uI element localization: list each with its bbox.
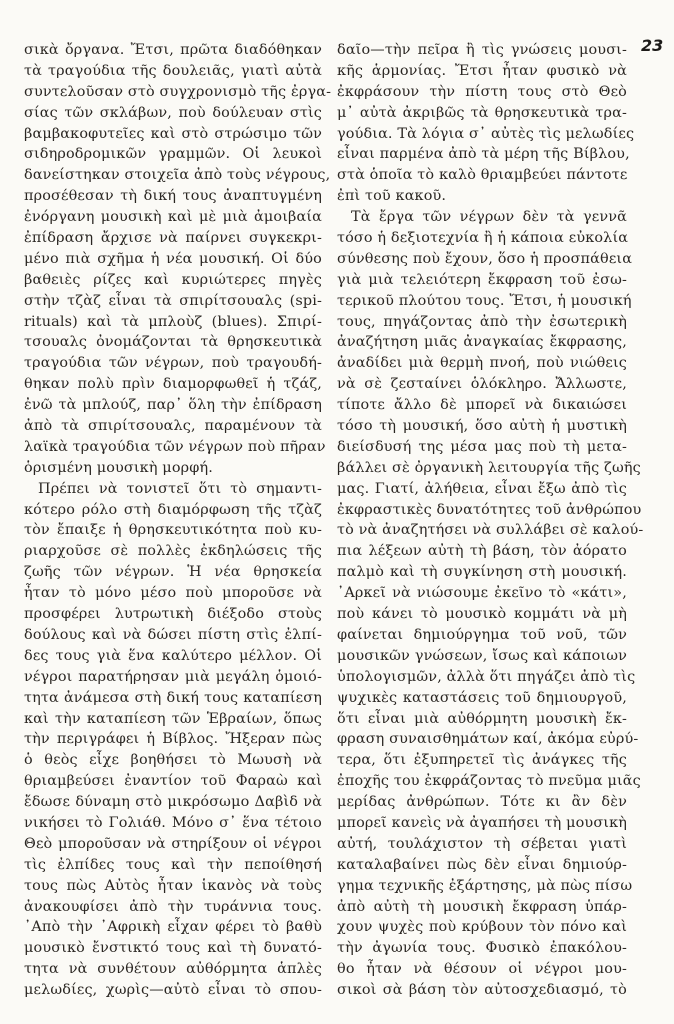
- text-line: μουσικὸ ἔνστικτό τους καὶ τὴ δυνατό-: [24, 938, 322, 959]
- text-line: σικὰ ὄργανα. Ἔτσι, πρῶτα διαδόθηκαν: [24, 40, 322, 61]
- text-line: ὁρισμένη μουσικὴ μορφή.: [24, 458, 322, 479]
- text-line: γημα τεχνικῆς ἐξάρτησης, μὰ πὼς πίσω: [337, 876, 627, 897]
- text-line: τὴν περιγράφει ἡ Βίβλος. Ἤξεραν πὼς: [24, 729, 322, 750]
- text-line: γούδια. Τὰ λόγια σ᾿ αὐτὲς τὶς μελωδίες: [337, 124, 627, 145]
- text-line: νὰ σὲ ζεσταίνει ὁλόκληρο. Ἄλλωστε,: [337, 374, 627, 395]
- text-line: τητα νὰ συνθέτουν αὐθόρμητα ἁπλὲς: [24, 959, 322, 980]
- text-line: στὰ ὁποῖα τὸ καλὸ θριαμβεύει πάντοτε: [337, 165, 627, 186]
- left-text-column: σικὰ ὄργανα. Ἔτσι, πρῶτα διαδόθηκαντὰ τρ…: [24, 40, 322, 1001]
- text-line: εἶναι παρμένα ἀπὸ τὰ μέρη τῆς Βίβλου,: [337, 144, 627, 165]
- text-line: γιὰ μιὰ τελειότερη ἔκφραση τοῦ ἐσω-: [337, 270, 627, 291]
- text-line: θο ἦταν νὰ θέσουν οἱ νέγροι μου-: [337, 959, 627, 980]
- text-line: τὴν ἀγωνία τους. Φυσικὸ ἐπακόλου-: [337, 938, 627, 959]
- text-line: Τὰ ἔργα τῶν νέγρων δὲν τὰ γεννᾶ: [337, 207, 627, 228]
- text-line: δαῖο—τὴν πεῖρα ἢ τὶς γνώσεις μουσι-: [337, 40, 627, 61]
- text-line: τίποτε ἄλλο δὲ μπορεῖ νὰ δικαιώσει: [337, 395, 627, 416]
- text-line: πια λέξεων αὐτὴ τὴ βάση, τὸν ἀόρατο: [337, 541, 627, 562]
- text-line: ἐνόργανη μουσικὴ καὶ μὲ μιὰ ἀμοιβαία: [24, 207, 322, 228]
- text-line: ἀπὸ τὰ σπιρίτσουαλς, παραμένουν τὰ: [24, 416, 322, 437]
- text-line: σίας τῶν σκλάβων, ποὺ δούλευαν στὶς: [24, 103, 322, 124]
- text-line: τόσο ἡ δεξιοτεχνία ἢ ἡ κάποια εὐκολία: [337, 228, 627, 249]
- text-line: τὸ νὰ ἀναζητήσει νὰ συλλάβει σὲ καλού-: [337, 520, 627, 541]
- page-number: 23: [641, 36, 663, 55]
- text-line: τσουαλς ὀνομάζονται τὰ θρησκευτικὰ: [24, 332, 322, 353]
- text-line: τὸν ἔπαιξε ἡ θρησκευτικότητα ποὺ κυ-: [24, 520, 322, 541]
- text-line: ἀπὸ αὐτὴ τὴ μουσικὴ ἔκφραση ὑπάρ-: [337, 897, 627, 918]
- text-line: μένο πιὰ σχῆμα ἡ νέα μουσική. Οἱ δύο: [24, 249, 322, 270]
- text-line: καταλαβαίνει πὼς δὲν εἶναι δημιούρ-: [337, 855, 627, 876]
- text-line: ἀναδίδει μιὰ θερμὴ πνοή, ποὺ νιώθεις: [337, 353, 627, 374]
- text-line: θριαμβεύσει ἐναντίον τοῦ Φαραὼ καὶ: [24, 771, 322, 792]
- text-line: ᾿Απὸ τὴν ᾿Αφρικὴ εἶχαν φέρει τὸ βαθὺ: [24, 917, 322, 938]
- text-line: μουσικῶν γνώσεων, ἴσως καὶ κάποιων: [337, 646, 627, 667]
- text-line: σικοὶ σὰ βάση τὸν αὐτοσχεδιασμό, τὸ: [337, 980, 627, 1001]
- text-line: ὑπολογισμῶν, ἀλλὰ ὅτι πηγάζει ἀπὸ τὶς: [337, 667, 627, 688]
- text-line: δες τους γιὰ ἕνα καλύτερο μέλλον. Οἱ: [24, 646, 322, 667]
- text-line: rituals) καὶ τὰ μπλοὺζ (blues). Σπιρί-: [24, 312, 322, 333]
- text-line: ἀνακουφίσει ἀπὸ τὴν τυράννια τους.: [24, 897, 322, 918]
- text-line: ἐκφραστικὲς δυνατότητες τοῦ ἀνθρώπου: [337, 500, 627, 521]
- text-line: διείσδυσή της μέσα μας ποὺ τὴ μετα-: [337, 437, 627, 458]
- text-line: μ᾿ αὐτὰ ἀκριβῶς τὰ θρησκευτικὰ τρα-: [337, 103, 627, 124]
- book-page: 23 σικὰ ὄργανα. Ἔτσι, πρῶτα διαδόθηκαντὰ…: [0, 0, 674, 1024]
- text-line: ἐνῶ τὰ μπλούζ, παρ᾿ ὅλη τὴν ἐπίδραση: [24, 395, 322, 416]
- text-line: τητα ἀνάμεσα στὴ δική τους καταπίεση: [24, 688, 322, 709]
- text-line: ἔδωσε δύναμη στὸ μικρόσωμο Δαβὶδ νὰ: [24, 792, 322, 813]
- text-line: σιδηροδρομικῶν γραμμῶν. Οἱ λευκοὶ: [24, 144, 322, 165]
- text-line: ἐπὶ τοῦ κακοῦ.: [337, 186, 627, 207]
- text-line: ᾿Αρκεῖ νὰ νιώσουμε ἐκεῖνο τὸ «κάτι»,: [337, 583, 627, 604]
- text-line: κότερο ρόλο στὴ διαμόρφωση τῆς τζὰζ: [24, 500, 322, 521]
- text-line: τραγούδια τῶν νέγρων, ποὺ τραγουδή-: [24, 353, 322, 374]
- text-line: λαϊκὰ τραγούδια τῶν νέγρων ποὺ πῆραν: [24, 437, 322, 458]
- text-line: ὅτι εἶναι μιὰ αὐθόρμητη μουσικὴ ἔκ-: [337, 709, 627, 730]
- text-line: βάλλει σὲ ὀργανικὴ λειτουργία τῆς ζωῆς: [337, 458, 627, 479]
- text-line: τους πὼς Αὐτὸς ἦταν ἱκανὸς νὰ τοὺς: [24, 876, 322, 897]
- text-line: Θεὸ μποροῦσαν νὰ στηρίξουν οἱ νέγροι: [24, 834, 322, 855]
- text-line: νέγροι παρατήρησαν μιὰ μεγάλη ὁμοιό-: [24, 667, 322, 688]
- text-line: ψυχικὲς καταστάσεις τοῦ δημιουργοῦ,: [337, 688, 627, 709]
- text-line: τόσο τὴ μουσική, ὅσο αὐτὴ ἡ μυστικὴ: [337, 416, 627, 437]
- text-line: τερα, ὅτι ἐξυπηρετεῖ τὶς ἀνάγκες τῆς: [337, 750, 627, 771]
- text-line: ἐπίδραση ἄρχισε νὰ παίρνει συγκεκρι-: [24, 228, 322, 249]
- text-line: τερικοῦ πλούτου τους. Ἔτσι, ἡ μουσική: [337, 291, 627, 312]
- text-line: σύνθεσης ποὺ ἔχουν, ὅσο ἡ προσπάθεια: [337, 249, 627, 270]
- text-line: προσέθεσαν τὴ δική τους ἀναπτυγμένη: [24, 186, 322, 207]
- right-text-column: δαῖο—τὴν πεῖρα ἢ τὶς γνώσεις μουσι-κῆς ἁ…: [337, 40, 627, 1001]
- text-line: αὐτή, τουλάχιστον τὴ σέβεται γιατὶ: [337, 834, 627, 855]
- text-line: τους, πηγάζοντας ἀπὸ τὴν ἐσωτερικὴ: [337, 312, 627, 333]
- text-line: τὶς ἐλπίδες τους καὶ τὴν πεποίθησή: [24, 855, 322, 876]
- text-line: προσφέρει λυτρωτικὴ διέξοδο στοὺς: [24, 604, 322, 625]
- text-line: κῆς ἁρμονίας. Ἔτσι ἦταν φυσικὸ νὰ: [337, 61, 627, 82]
- text-line: ἀναζήτηση μιᾶς ἀναγκαίας ἔκφρασης,: [337, 332, 627, 353]
- text-line: δανείστηκαν στοιχεῖα ἀπὸ τοὺς νέγρους,: [24, 165, 322, 186]
- text-line: παλμὸ καὶ τὴ συγκίνηση στὴ μουσική.: [337, 562, 627, 583]
- text-line: στὴν τζὰζ εἶναι τὰ σπιρίτσουαλς (spi-: [24, 291, 322, 312]
- text-line: ζωῆς τῶν νέγρων. Ἡ νέα θρησκεία: [24, 562, 322, 583]
- text-line: φραση συναισθημάτων καί, ἀκόμα εὐρύ-: [337, 729, 627, 750]
- text-line: ριαρχοῦσε σὲ πολλὲς ἐκδηλώσεις τῆς: [24, 541, 322, 562]
- text-line: καὶ τὴν καταπίεση τῶν Ἑβραίων, ὅπως: [24, 709, 322, 730]
- text-line: δούλους καὶ νὰ δώσει πίστη στὶς ἐλπί-: [24, 625, 322, 646]
- text-line: φαίνεται δημιούργημα τοῦ νοῦ, τῶν: [337, 625, 627, 646]
- text-line: ἐποχῆς του ἐκφράζοντας τὸ πνεῦμα μιᾶς: [337, 771, 627, 792]
- text-line: ἐκφράσουν τὴν πίστη τους στὸ Θεὸ: [337, 82, 627, 103]
- text-line: μελωδίες, χωρὶς—αὐτὸ εἶναι τὸ σπου-: [24, 980, 322, 1001]
- text-line: ποὺ κάνει τὸ μουσικὸ κομμάτι νὰ μὴ: [337, 604, 627, 625]
- text-line: μερίδας ἀνθρώπων. Τότε κι ἂν δὲν: [337, 792, 627, 813]
- text-line: συντελοῦσαν στὸ συγχρονισμὸ τῆς ἐργα-: [24, 82, 322, 103]
- text-line: μας. Γιατί, ἀλήθεια, εἶναι ἔξω ἀπὸ τὶς: [337, 479, 627, 500]
- text-line: μπορεῖ κανεὶς νὰ ἀγαπήσει τὴ μουσικὴ: [337, 813, 627, 834]
- text-line: ἦταν τὸ μόνο μέσο ποὺ μποροῦσε νὰ: [24, 583, 322, 604]
- text-line: νικήσει τὸ Γολιάθ. Μόνο σ᾿ ἕνα τέτοιο: [24, 813, 322, 834]
- text-line: ὁ θεὸς εἶχε βοηθήσει τὸ Μωυσὴ νὰ: [24, 750, 322, 771]
- text-line: Πρέπει νὰ τονιστεῖ ὅτι τὸ σημαντι-: [24, 479, 322, 500]
- text-line: βαμβακοφυτεῖες καὶ στὸ στρώσιμο τῶν: [24, 124, 322, 145]
- text-line: βαθειὲς ρίζες καὶ κυριώτερες πηγὲς: [24, 270, 322, 291]
- text-line: τὰ τραγούδια τῆς δουλειᾶς, γιατὶ αὐτὰ: [24, 61, 322, 82]
- text-line: θηκαν πολὺ πρὶν διαμορφωθεῖ ἡ τζάζ,: [24, 374, 322, 395]
- text-line: χουν ψυχὲς ποὺ κρύβουν τὸν πόνο καὶ: [337, 917, 627, 938]
